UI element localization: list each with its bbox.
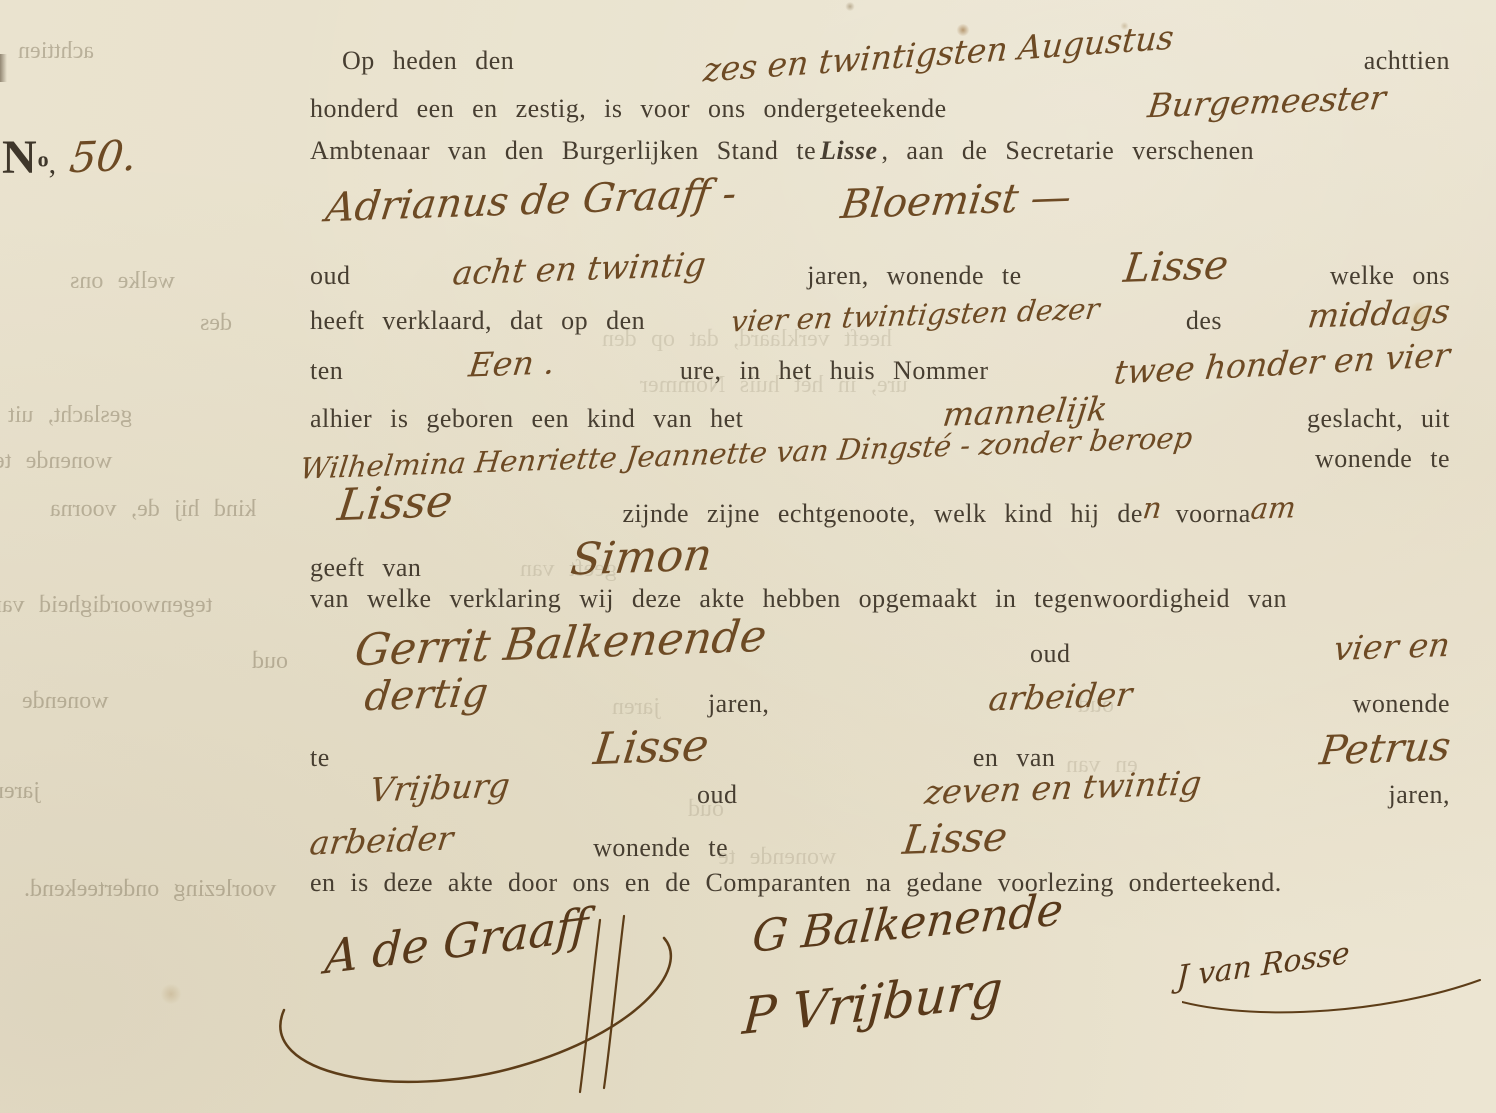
bleedthrough-text: kind hij de, voorna xyxy=(50,496,257,523)
handwritten-completion: n xyxy=(1141,491,1164,526)
ink-stain xyxy=(956,24,970,36)
act-number-comma: , xyxy=(49,147,57,180)
signature-declarant: A de Graaff xyxy=(268,892,698,1107)
bleedthrough-text: welke ons xyxy=(70,268,175,295)
act-line-municipality: Ambtenaar van den Burgerlijken Stand te … xyxy=(310,136,1450,166)
handwritten-witness2-name: Petrus xyxy=(1317,724,1453,775)
handwritten-official-title: Burgemeester xyxy=(1146,78,1388,125)
handwritten-witness2-surname: Vrijburg xyxy=(368,765,512,809)
printed-text: Ambtenaar van den Burgerlijken Stand te xyxy=(310,136,816,165)
act-line-witness1-details: dertig jaren, arbeider wonende xyxy=(310,676,1450,722)
handwritten-witness2-residence: Lisse xyxy=(900,814,1010,864)
act-number: No, 50. xyxy=(2,130,137,185)
signature-flourish xyxy=(1182,978,1482,1024)
handwritten-witness1-age2: dertig xyxy=(362,670,490,721)
act-line-declarant-age: oud acht en twintig jaren, wonende te Li… xyxy=(310,248,1450,294)
act-line-date: Op heden den zes en twintigsten Augustus… xyxy=(310,38,1450,77)
act-line-witness2-details: arbeider wonende te Lisse xyxy=(310,820,1450,866)
ink-speck xyxy=(845,2,855,11)
paper-stain xyxy=(1120,22,1129,30)
printed-text: oud xyxy=(697,780,738,810)
handwritten-witness1-occupation: arbeider xyxy=(987,674,1135,718)
paper-stain xyxy=(160,984,182,1004)
signature-witness2: P Vrijburg xyxy=(742,974,1003,1032)
printed-text: zijnde zijne echtgenoote, welk kind hij … xyxy=(623,499,1143,529)
bleedthrough-text: oud xyxy=(252,648,288,675)
act-line-mother: Wilhelmina Henriette Jeannette van Dings… xyxy=(300,440,1450,474)
act-line-witness-intro: van welke verklaring wij deze akte hebbe… xyxy=(310,584,1450,614)
printed-text: wonende te xyxy=(1315,444,1450,474)
signature-name: P Vrijburg xyxy=(741,960,1005,1046)
handwritten-child-name: Simon xyxy=(568,529,715,585)
act-line-child-name: geeft van Simon xyxy=(310,536,1450,587)
printed-text: jaren, wonende te xyxy=(807,261,1021,291)
act-line-witness1: Gerrit Balkenende oud vier en xyxy=(310,622,1450,673)
printed-text: oud xyxy=(1030,639,1071,669)
act-line-birth-day: heeft verklaard, dat op den vier en twin… xyxy=(310,298,1450,337)
handwritten-witness2-occupation: arbeider xyxy=(308,818,456,862)
act-line-birth-hour-house: ten Een . ure, in het huis Nommer twee h… xyxy=(310,348,1450,387)
printed-text: wonende te xyxy=(593,833,728,863)
handwritten-residence: Lisse xyxy=(1121,242,1231,292)
printed-text: des xyxy=(1186,306,1222,336)
handwritten-witness1-residence: Lisse xyxy=(591,720,712,775)
bleedthrough-text: achttien xyxy=(18,38,94,65)
act-line-mother-residence: Lisse zijnde zijne echtgenoote, welk kin… xyxy=(310,482,1450,533)
printed-text: van welke verklaring wij deze akte hebbe… xyxy=(310,584,1287,613)
printed-text: jaren, xyxy=(708,689,769,719)
printed-text: ure, in het huis Nommer xyxy=(680,356,989,386)
act-number-superscript: o xyxy=(38,147,49,172)
paper-stain xyxy=(1404,302,1436,330)
printed-text: geeft van xyxy=(310,553,421,583)
handwritten-completion: am xyxy=(1249,490,1298,526)
printed-text: alhier is geboren een kind van het xyxy=(310,404,743,434)
handwritten-witness2-age: zeven en twintig xyxy=(923,763,1204,812)
act-line-declarant: Adrianus de Graaff - Bloemist — xyxy=(310,182,1450,228)
printed-text: geslacht, uit xyxy=(1307,404,1450,434)
printed-text: Op heden den xyxy=(342,46,514,76)
handwritten-birth-day: vier en twintigsten dezer xyxy=(729,291,1101,338)
handwritten-declarant-name: Adrianus de Graaff - xyxy=(323,171,739,232)
act-number-label: N xyxy=(2,131,38,184)
printed-text: jaren, xyxy=(1389,780,1450,810)
bleedthrough-text: tegenwoordigheid van xyxy=(0,592,212,619)
bleedthrough-text: wonende xyxy=(22,688,109,715)
handwritten-witness1-name: Gerrit Balkenende xyxy=(352,611,769,677)
printed-text: voorna xyxy=(1176,499,1251,529)
printed-text: wonende xyxy=(1353,689,1450,719)
act-number-value: 50. xyxy=(67,131,140,183)
handwritten-declarant-occupation: Bloemist — xyxy=(839,174,1075,228)
signature-official: J van Rosse xyxy=(1176,948,1350,983)
printed-text: welke ons xyxy=(1330,261,1450,291)
handwritten-house-number: twee honder en vier xyxy=(1112,335,1452,392)
printed-text: heeft verklaard, dat op den xyxy=(310,306,645,336)
act-line-witness2: Vrijburg oud zeven en twintig jaren, xyxy=(310,772,1450,811)
act-line-child-gender: alhier is geboren een kind van het manne… xyxy=(310,396,1450,435)
binding-edge-mark xyxy=(0,54,7,82)
printed-text: , aan de Secretarie verschenen xyxy=(882,136,1255,165)
handwritten-age: acht en twintig xyxy=(450,244,707,292)
act-line-year-official: honderd een en zestig, is voor ons onder… xyxy=(310,86,1450,125)
birth-record-page: No, 50. achttien welke ons des geslacht,… xyxy=(0,0,1496,1113)
handwritten-date: zes en twintigsten Augustus xyxy=(702,17,1175,89)
printed-text: te xyxy=(310,743,330,773)
bleedthrough-text: voorlezing onderteekend. xyxy=(24,876,276,903)
printed-text: honderd een en zestig, is voor ons onder… xyxy=(310,94,947,124)
handwritten-hour: Een . xyxy=(466,342,557,384)
handwritten-mother-residence: Lisse xyxy=(335,476,456,531)
municipality-name: Lisse xyxy=(820,136,877,165)
bleedthrough-text: geslacht, uit xyxy=(8,402,132,429)
printed-text: oud xyxy=(310,261,351,291)
printed-text: achttien xyxy=(1364,46,1450,76)
bleedthrough-text: jaren xyxy=(0,778,40,805)
bleedthrough-text: wonende te xyxy=(0,448,112,475)
handwritten-witness1-age: vier en xyxy=(1332,625,1453,668)
signature-witness1: G Balkenende xyxy=(752,898,1063,949)
bleedthrough-text: des xyxy=(200,310,232,337)
printed-text: ten xyxy=(310,356,343,386)
